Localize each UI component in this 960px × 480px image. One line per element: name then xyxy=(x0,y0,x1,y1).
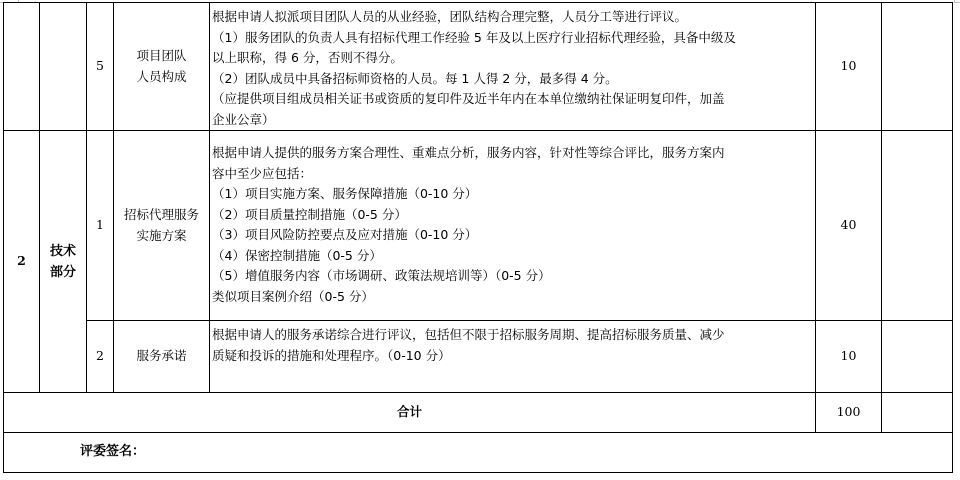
section-number-cell xyxy=(4,3,40,131)
item-number: 5 xyxy=(87,3,114,131)
criteria-description: 根据申请人提供的服务方案合理性、重难点分析，服务内容，针对性等综合评比，服务方案… xyxy=(210,131,816,321)
item-number: 2 xyxy=(87,321,114,393)
criteria-description: 根据申请人的服务承诺综合进行评议，包括但不限于招标服务周期、提高招标服务质量、减… xyxy=(210,321,816,393)
table-row: 2 服务承诺 根据申请人的服务承诺综合进行评议，包括但不限于招标服务周期、提高招… xyxy=(4,321,953,393)
max-score: 10 xyxy=(816,3,882,131)
item-name: 项目团队 人员构成 xyxy=(114,3,210,131)
section-number: 2 xyxy=(4,131,40,393)
total-row: 合计 100 xyxy=(4,393,953,433)
score-input-cell[interactable] xyxy=(882,3,953,131)
max-score: 10 xyxy=(816,321,882,393)
score-input-cell[interactable] xyxy=(882,321,953,393)
criteria-description: 根据申请人拟派项目团队人员的从业经验，团队结构合理完整，人员分工等进行评议。 （… xyxy=(210,3,816,131)
total-result-cell[interactable] xyxy=(882,393,953,433)
judge-signature[interactable]: 评委签名： xyxy=(4,433,953,473)
item-name: 招标代理服务 实施方案 xyxy=(114,131,210,321)
table-row: 2 技术 部分 1 招标代理服务 实施方案 根据申请人提供的服务方案合理性、重难… xyxy=(4,131,953,321)
scoring-table: 5 项目团队 人员构成 根据申请人拟派项目团队人员的从业经验，团队结构合理完整，… xyxy=(3,2,953,473)
total-score: 100 xyxy=(816,393,882,433)
total-label: 合计 xyxy=(4,393,816,433)
corner-mark xyxy=(954,0,960,3)
signature-label: 评委签名： xyxy=(80,444,145,459)
item-name: 服务承诺 xyxy=(114,321,210,393)
table-row: 5 项目团队 人员构成 根据申请人拟派项目团队人员的从业经验，团队结构合理完整，… xyxy=(4,3,953,131)
signature-row: 评委签名： xyxy=(4,433,953,473)
item-number: 1 xyxy=(87,131,114,321)
section-name: 技术 部分 xyxy=(40,131,87,393)
max-score: 40 xyxy=(816,131,882,321)
section-name-cell xyxy=(40,3,87,131)
score-input-cell[interactable] xyxy=(882,131,953,321)
